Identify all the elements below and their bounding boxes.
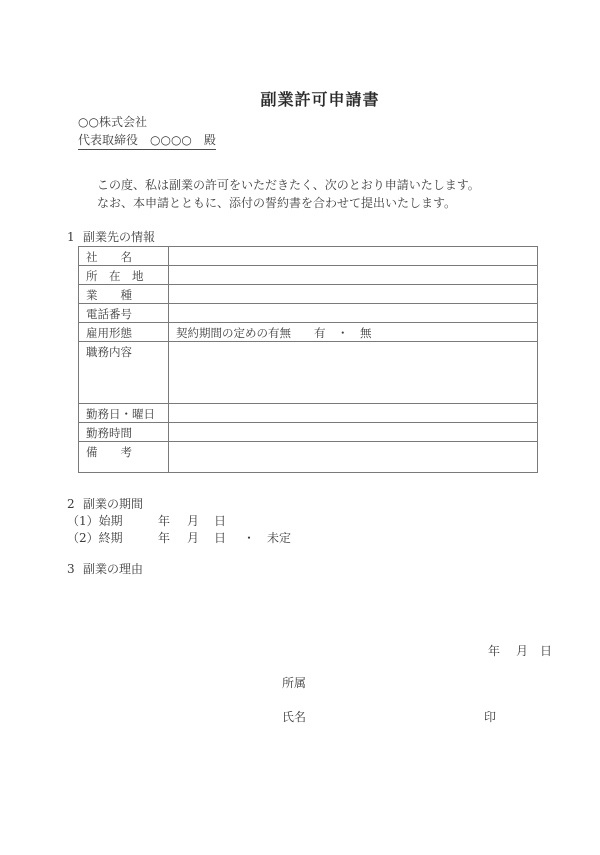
row-value-work-hours xyxy=(169,423,538,442)
table-row-phone: 電話番号 xyxy=(79,304,538,323)
row-label-remarks: 備 考 xyxy=(79,442,169,473)
section1-number: 1 xyxy=(67,230,83,244)
period-end-separator-dot: ・ xyxy=(243,529,267,546)
section3-number: 3 xyxy=(67,562,83,576)
period-end-year-label: 年 xyxy=(158,529,187,546)
intro-line-1: この度、私は副業の許可をいただきたく、次のとおり申請いたします。 xyxy=(97,177,480,195)
row-value-industry xyxy=(169,285,538,304)
table-row-employment-type: 雇用形態 契約期間の定めの有無 有 ・ 無 xyxy=(79,323,538,342)
row-label-employment-type: 雇用形態 xyxy=(79,323,169,342)
period-start-line: （1）始期 年 月 日 xyxy=(67,512,243,529)
signature-seal-label: 印 xyxy=(484,708,496,725)
period-start-day-label: 日 xyxy=(214,512,243,529)
row-label-company-name: 社 名 xyxy=(79,247,169,266)
table-row-remarks: 備 考 xyxy=(79,442,538,473)
table-row-work-hours: 勤務時間 xyxy=(79,423,538,442)
row-value-phone xyxy=(169,304,538,323)
row-value-address xyxy=(169,266,538,285)
row-value-job-description xyxy=(169,342,538,404)
side-job-info-table: 社 名 所 在 地 業 種 電話番号 雇用形態 契約期間の定めの有無 有 ・ 無… xyxy=(78,246,538,473)
table-row-work-days: 勤務日・曜日 xyxy=(79,404,538,423)
period-end-month-label: 月 xyxy=(187,529,214,546)
row-value-work-days xyxy=(169,404,538,423)
period-end-line: （2）終期 年 月 日 ・ 未定 xyxy=(67,529,291,546)
section3-heading: 3副業の理由 xyxy=(67,560,143,577)
signature-name-line: 氏名 印 xyxy=(282,708,496,725)
table-row-job-description: 職務内容 xyxy=(79,342,538,404)
row-value-remarks xyxy=(169,442,538,473)
table-row-company-name: 社 名 xyxy=(79,247,538,266)
period-start-label: （1）始期 xyxy=(67,512,158,529)
signature-date-month-label: 月 xyxy=(516,642,540,659)
period-start-month-label: 月 xyxy=(187,512,214,529)
signature-date-year-label: 年 xyxy=(488,642,516,659)
document-page: 副業許可申請書 ○○株式会社 代表取締役 ○○○○ 殿 この度、私は副業の許可を… xyxy=(0,0,600,855)
row-value-employment-type: 契約期間の定めの有無 有 ・ 無 xyxy=(169,323,538,342)
addressee-company: ○○株式会社 xyxy=(78,113,147,130)
addressee-representative: 代表取締役 ○○○○ 殿 xyxy=(78,131,216,150)
period-start-year-label: 年 xyxy=(158,512,187,529)
period-end-label: （2）終期 xyxy=(67,529,158,546)
section2-title: 副業の期間 xyxy=(83,497,143,511)
signature-affiliation-label: 所属 xyxy=(282,674,306,691)
intro-paragraph: この度、私は副業の許可をいただきたく、次のとおり申請いたします。 なお、本申請と… xyxy=(97,177,480,212)
row-label-work-hours: 勤務時間 xyxy=(79,423,169,442)
section3-title: 副業の理由 xyxy=(83,562,143,576)
row-label-work-days: 勤務日・曜日 xyxy=(79,404,169,423)
section2-heading: 2副業の期間 xyxy=(67,495,143,512)
row-label-phone: 電話番号 xyxy=(79,304,169,323)
signature-name-label: 氏名 xyxy=(282,708,484,725)
table-row-address: 所 在 地 xyxy=(79,266,538,285)
page-title: 副業許可申請書 xyxy=(40,87,600,110)
section1-title: 副業先の情報 xyxy=(83,230,155,244)
period-end-day-label: 日 xyxy=(214,529,243,546)
row-value-company-name xyxy=(169,247,538,266)
row-label-address: 所 在 地 xyxy=(79,266,169,285)
signature-date-line: 年 月 日 xyxy=(488,642,552,659)
period-end-undecided-label: 未定 xyxy=(267,529,291,546)
row-label-industry: 業 種 xyxy=(79,285,169,304)
intro-line-2: なお、本申請とともに、添付の誓約書を合わせて提出いたします。 xyxy=(97,195,480,213)
section2-number: 2 xyxy=(67,497,83,511)
signature-date-day-label: 日 xyxy=(540,642,552,659)
row-label-job-description: 職務内容 xyxy=(79,342,169,404)
table-row-industry: 業 種 xyxy=(79,285,538,304)
section1-heading: 1副業先の情報 xyxy=(67,228,155,245)
